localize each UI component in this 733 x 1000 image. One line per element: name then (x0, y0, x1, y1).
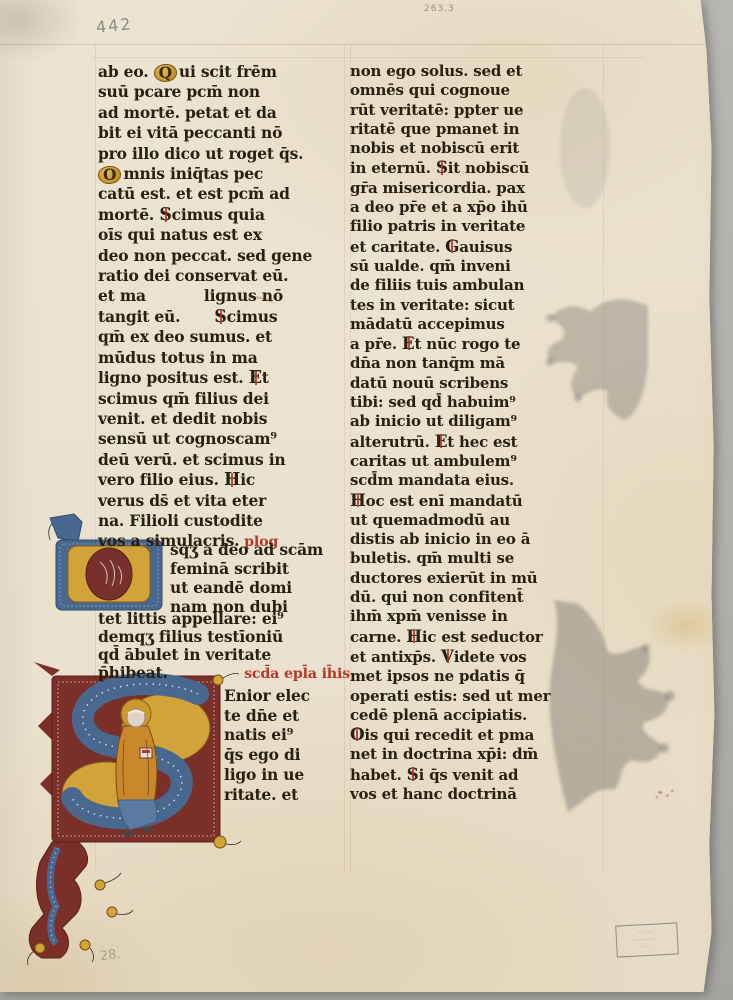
text-segment: dū. qui non confitent̄ (350, 588, 524, 607)
text-line: mādatū accepimus (350, 315, 604, 334)
text-segment: nobis et nobiscū erit (350, 139, 519, 158)
text-line: Ois qui recedit et pma (350, 725, 604, 745)
text-line: operati estis: sed ut mer (350, 687, 604, 706)
text-segment: operati estis: sed ut mer (350, 687, 550, 706)
text-line: habet. Si q̄s venit ad (350, 765, 604, 785)
text-segment: vero filio eius. (98, 470, 224, 490)
text-segment: suū pcare pcm̄ non (98, 82, 260, 102)
text-line: scimus qm̄ filius dei (98, 389, 350, 409)
text-line: ut quemadmodū au (350, 511, 604, 530)
text-line: verus ds̄ et vita eter (98, 491, 350, 511)
text-line: p̄hibeat.scd̄a epl̄a ih̄is (98, 664, 350, 683)
text-line: deo non peccat. sed gene (98, 246, 350, 266)
text-segment: tangit eū. (98, 307, 180, 327)
text-line: ritate. et (224, 785, 352, 805)
text-line: oīs qui natus est ex (98, 225, 350, 245)
text-segment: ut quemadmodū au (350, 511, 510, 530)
text-segment: catū est. et est pcm̄ ad (98, 184, 290, 204)
text-segment: p̄hibeat. (98, 664, 168, 682)
text-line: cedē plenā accipiatis. (350, 706, 604, 725)
text-segment: sū ualde. qm̄ inveni (350, 257, 511, 276)
left-column-block-d: Enior electe dn̄e etnatis ei⁹q̄s ego dil… (224, 686, 352, 804)
text-segment: tibi: sed qd̄ habuim⁹ (350, 393, 516, 412)
historiated-initial-s (20, 652, 250, 972)
text-segment: i q̄s venit ad (419, 766, 519, 785)
text-segment: met ipsos ne pdatis q̄ (350, 667, 525, 686)
leaf-shadow-wrap: 442 263.3 28. ab eo. Qui scit frēmsuū pc… (0, 0, 733, 1000)
text-segment: H (350, 491, 366, 510)
text-segment: H (406, 627, 422, 646)
top-inscription: 263.3 (424, 4, 455, 14)
text-segment: ligno positus est. (98, 368, 249, 388)
text-line: Enior elec (224, 686, 352, 706)
text-line: sensū ut cognoscam⁹ (98, 429, 350, 449)
text-segment: qd̄ ābulet in veritate (98, 646, 271, 664)
text-segment: gr̄a misericordia. pax (350, 179, 525, 198)
text-segment: dn̄a non tanq̄m mā (350, 354, 505, 373)
stamp-line: ········· (633, 936, 661, 943)
text-line: tangit eū.Scimus (98, 307, 350, 327)
text-line: Hoc est enī mandatū (350, 491, 604, 511)
text-line: bit ei vitā peccanti nō (98, 123, 350, 143)
text-line: ab inicio ut diligam⁹ (350, 412, 604, 431)
text-segment: mūdus totus in ma (98, 348, 258, 368)
text-segment: Q (154, 64, 177, 82)
text-segment: ihm̄ xpm̄ venisse in (350, 607, 508, 626)
text-segment: qm̄ ex deo sumus. et (98, 327, 272, 347)
text-segment: et antixp̄s. (350, 648, 441, 667)
text-segment: venit. et dedit nobis (98, 409, 267, 429)
text-segment: scd̄a epl̄a ih̄is (244, 665, 350, 683)
text-segment: alterutrū. (350, 433, 435, 452)
text-segment: sensū ut cognoscam⁹ (98, 429, 277, 449)
text-line: filio patris in veritate (350, 217, 604, 236)
text-line: natis ei⁹ (224, 725, 352, 745)
text-line: de filiis tuis ambulan (350, 276, 604, 295)
text-segment: S (214, 307, 226, 327)
text-line: catū est. et est pcm̄ ad (98, 184, 350, 204)
text-segment: rūt veritatē: ppter ue (350, 101, 523, 120)
text-segment: caritas ut ambulem⁹ (350, 452, 517, 471)
text-segment: ritatē que pmanet in (350, 120, 519, 139)
text-line: alterutrū. Et hec est (350, 432, 604, 452)
text-line: et antixp̄s. Videte vos (350, 647, 604, 667)
text-segment: habet. (350, 766, 407, 785)
text-segment: oc est enī mandatū (366, 492, 523, 511)
text-segment: et caritate. (350, 238, 445, 257)
text-segment: non ego solus. sed et (350, 62, 522, 81)
text-segment: bit ei vitā peccanti nō (98, 123, 282, 143)
text-segment: cimus quia (172, 205, 265, 225)
text-line: dū. qui non confitent̄ (350, 588, 604, 607)
text-line: pro illo dico ut roget q̄s. (98, 144, 350, 164)
left-column-block-b: sqʒ a deo ad scāmfeminā scribitut eandē … (170, 540, 352, 616)
text-segment: a pr̄e. (350, 335, 402, 354)
text-segment: t nūc rogo te (415, 335, 521, 354)
stamp-line: ···· (641, 944, 654, 951)
text-line: nobis et nobiscū erit (350, 139, 604, 158)
text-line: te dn̄e et (224, 706, 352, 726)
text-line: ihm̄ xpm̄ venisse in (350, 607, 604, 626)
text-line: ut eandē domi (170, 578, 352, 597)
text-line: ad mortē. petat et da (98, 103, 350, 123)
text-segment: datū nouū scribens (350, 374, 508, 393)
text-segment: O (350, 725, 364, 744)
text-line: ligo in ue (224, 765, 352, 785)
text-line: Omnis iniq̄tas pec (98, 164, 350, 184)
text-line: ratio dei conservat eū. (98, 266, 350, 286)
text-line: gr̄a misericordia. pax (350, 179, 604, 198)
text-line: net in doctrina xp̄i: dm̄ (350, 745, 604, 764)
text-segment: mādatū accepimus (350, 315, 505, 334)
text-line: tibi: sed qd̄ habuim⁹ (350, 393, 604, 412)
text-line: qm̄ ex deo sumus. et (98, 327, 350, 347)
text-segment: omnēs qui cognoue (350, 81, 510, 100)
text-segment: V (441, 647, 454, 666)
photograph-background: 442 263.3 28. ab eo. Qui scit frēmsuū pc… (0, 0, 733, 1000)
right-column: non ego solus. sed etomnēs qui cognouerū… (350, 62, 604, 804)
text-segment: scimus qm̄ filius dei (98, 389, 269, 409)
text-segment: sqʒ a deo ad scām (170, 540, 323, 559)
text-segment: oīs qui natus est ex (98, 225, 262, 245)
text-segment: lignus nō (204, 286, 283, 306)
text-segment: vos et hanc doctrinā (350, 785, 517, 804)
text-segment: E (249, 368, 262, 388)
text-segment: ductores exierūt in mū (350, 569, 537, 588)
text-segment: net in doctrina xp̄i: dm̄ (350, 745, 538, 764)
text-line: mūdus totus in ma (98, 348, 350, 368)
collection-stamp: ····· ········· ···· (615, 922, 679, 957)
text-line: ligno positus est. Et (98, 368, 350, 388)
text-segment: S (159, 205, 171, 225)
text-segment: carne. (350, 628, 406, 647)
text-segment: q̄s ego di (224, 745, 300, 765)
text-line: scd̄m mandata eius. (350, 471, 604, 490)
text-line: qd̄ ābulet in veritate (98, 646, 350, 664)
text-segment: auisus (459, 238, 512, 257)
text-line: tes in veritate: sicut (350, 296, 604, 315)
text-line: na. Filioli custodite (98, 511, 350, 531)
text-line: a pr̄e. Et nūc rogo te (350, 334, 604, 354)
text-line: et caritate. Gauisus (350, 237, 604, 257)
text-segment: E (402, 334, 415, 353)
text-segment: natis ei⁹ (224, 725, 293, 745)
text-segment: demqʒ filius testīoniū (98, 628, 283, 646)
text-line: buletis. qm̄ multi se (350, 549, 604, 568)
text-segment: ratio dei conservat eū. (98, 266, 288, 286)
left-column-block-a: ab eo. Qui scit frēmsuū pcare pcm̄ nonad… (98, 62, 350, 553)
text-line: suū pcare pcm̄ non (98, 82, 350, 102)
text-segment: tes in veritate: sicut (350, 296, 514, 315)
text-segment: a deo pr̄e et a xp̄o ihū (350, 198, 528, 217)
text-segment: filio patris in veritate (350, 217, 525, 236)
text-segment: mnis iniq̄tas pec (123, 164, 263, 184)
text-line: carne. Hic est seductor (350, 627, 604, 647)
text-segment: O (98, 166, 121, 184)
text-line: q̄s ego di (224, 745, 352, 765)
text-segment: deū verū. et scimus in (98, 450, 285, 470)
text-line: non ego solus. sed et (350, 62, 604, 81)
text-line: et malignus nō (98, 286, 350, 306)
text-line: tet littis appellare: ei⁹ (98, 610, 350, 628)
text-line: ritatē que pmanet in (350, 120, 604, 139)
text-segment: ligo in ue (224, 765, 304, 785)
text-segment: it nobiscū (448, 159, 529, 178)
text-line: ductores exierūt in mū (350, 569, 604, 588)
text-segment: ut eandē domi (170, 578, 292, 597)
text-segment: ui scit frēm (179, 62, 277, 82)
text-segment: pro illo dico ut roget q̄s. (98, 144, 303, 164)
text-segment: idete vos (454, 648, 527, 667)
text-segment: S (436, 158, 448, 177)
text-segment: cedē plenā accipiatis. (350, 706, 527, 725)
text-segment: t hec est (447, 433, 517, 452)
folio-number: 442 (95, 14, 133, 37)
text-line: in eternū. Sit nobiscū (350, 158, 604, 178)
ruling-line (92, 57, 644, 58)
text-line: omnēs qui cognoue (350, 81, 604, 100)
text-segment: Enior elec (224, 686, 310, 706)
text-segment: verus ds̄ et vita eter (98, 491, 266, 511)
text-line: mortē. Scimus quia (98, 205, 350, 225)
text-line: datū nouū scribens (350, 374, 604, 393)
text-segment: et ma (98, 286, 146, 306)
text-segment: te dn̄e et (224, 706, 299, 726)
text-segment: cimus (227, 307, 278, 327)
text-segment: ritate. et (224, 785, 298, 805)
text-line: deū verū. et scimus in (98, 450, 350, 470)
text-segment: S (407, 765, 419, 784)
text-segment: ic (240, 470, 255, 490)
left-column-block-c: tet littis appellare: ei⁹demqʒ filius te… (98, 610, 350, 683)
text-line: feminā scribit (170, 559, 352, 578)
text-line: sqʒ a deo ad scām (170, 540, 352, 559)
text-segment: H (224, 470, 240, 490)
text-segment: de filiis tuis ambulan (350, 276, 524, 295)
text-segment: scd̄m mandata eius. (350, 471, 514, 490)
text-line: a deo pr̄e et a xp̄o ihū (350, 198, 604, 217)
manuscript-leaf: 442 263.3 28. ab eo. Qui scit frēmsuū pc… (0, 0, 726, 992)
text-segment: deo non peccat. sed gene (98, 246, 312, 266)
text-line: rūt veritatē: ppter ue (350, 101, 604, 120)
text-segment: mortē. (98, 205, 159, 225)
text-segment: feminā scribit (170, 559, 289, 578)
text-line: ab eo. Qui scit frēm (98, 62, 350, 82)
stamp-line: ····· (639, 930, 655, 937)
text-line: sū ualde. qm̄ inveni (350, 257, 604, 276)
text-segment: ad mortē. petat et da (98, 103, 277, 123)
text-segment: tet littis appellare: ei⁹ (98, 610, 284, 628)
text-segment: na. Filioli custodite (98, 511, 263, 531)
text-segment: distis ab inicio in eo ā (350, 530, 530, 549)
text-line: venit. et dedit nobis (98, 409, 350, 429)
text-segment: G (445, 237, 459, 256)
text-line: dn̄a non tanq̄m mā (350, 354, 604, 373)
text-line: met ipsos ne pdatis q̄ (350, 667, 604, 686)
text-segment: t (262, 368, 269, 388)
text-segment: ab eo. (98, 62, 154, 82)
text-line: caritas ut ambulem⁹ (350, 452, 604, 471)
text-line: vero filio eius. Hic (98, 470, 350, 490)
text-segment: E (435, 432, 448, 451)
text-segment: ab inicio ut diligam⁹ (350, 412, 517, 431)
text-segment: ic est seductor (422, 628, 543, 647)
text-line: vos et hanc doctrinā (350, 785, 604, 804)
text-segment: in eternū. (350, 159, 436, 178)
text-line: distis ab inicio in eo ā (350, 530, 604, 549)
text-segment: buletis. qm̄ multi se (350, 549, 514, 568)
text-segment: is qui recedit et pma (364, 726, 534, 745)
text-line: demqʒ filius testīoniū (98, 628, 350, 646)
